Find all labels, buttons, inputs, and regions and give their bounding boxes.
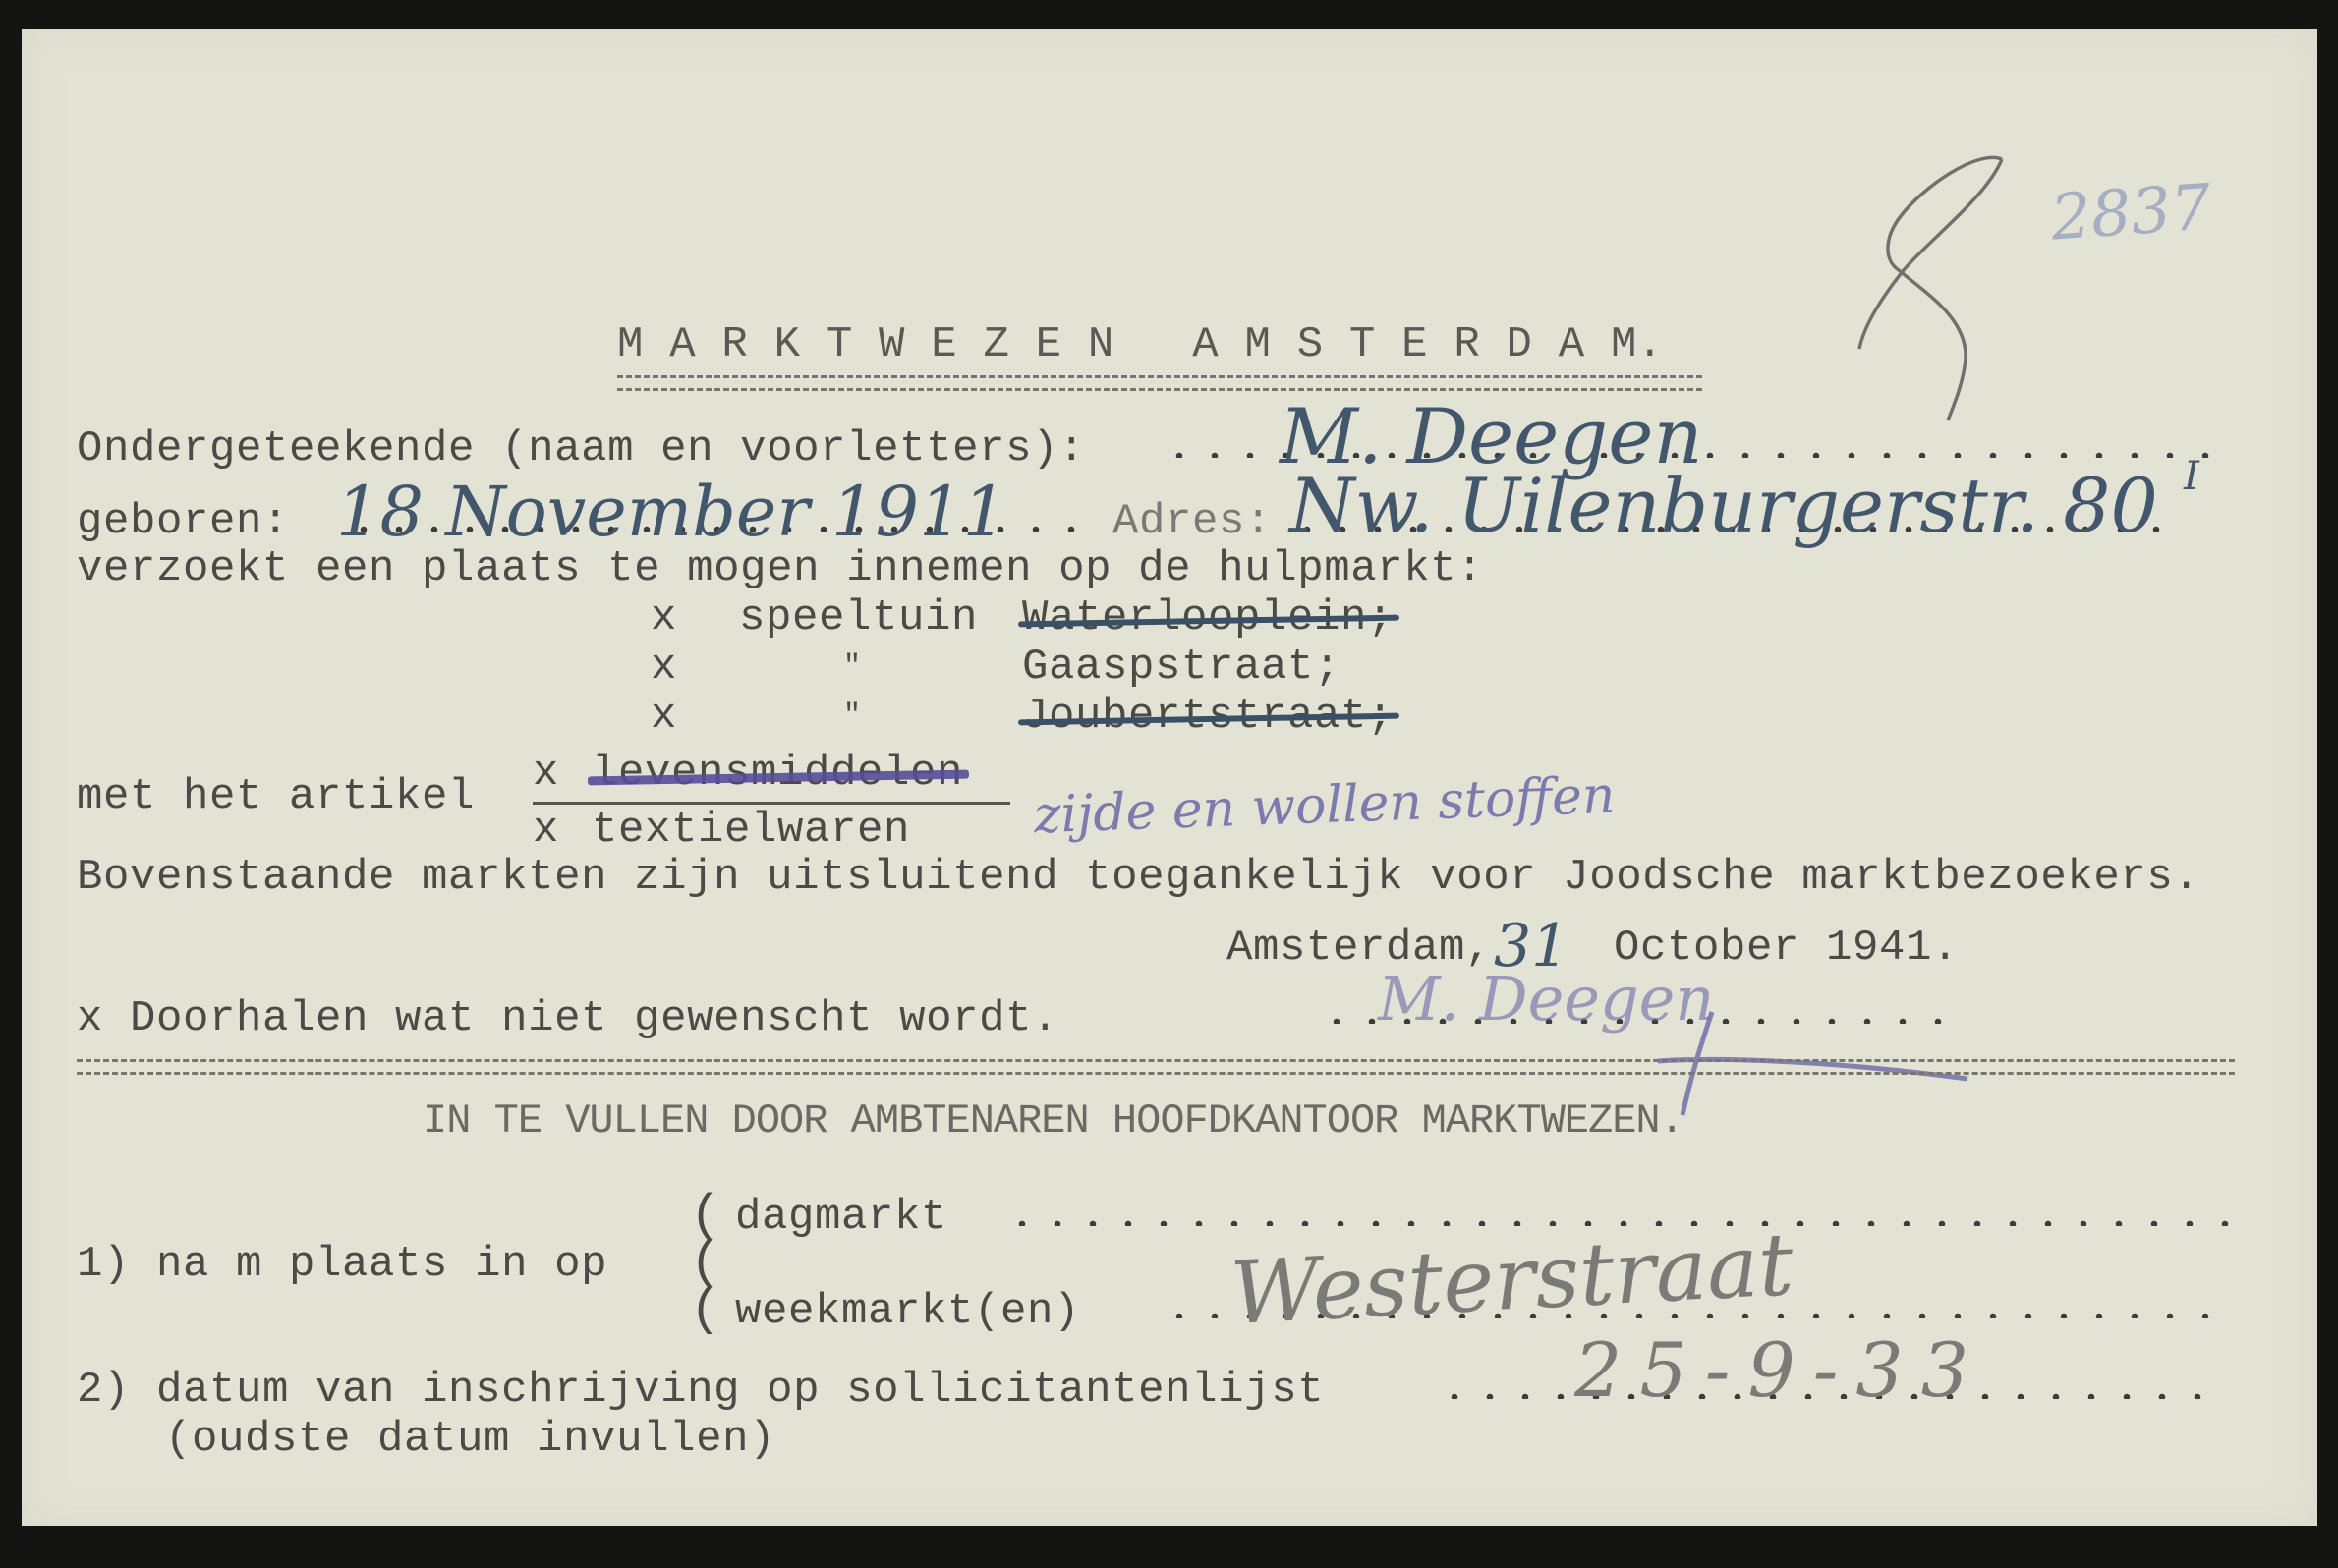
footnote-text: x Doorhalen wat niet gewenscht wordt. bbox=[77, 994, 1058, 1043]
document-card: 2837 M A R K T W E Z E N A M S T E R D A… bbox=[22, 29, 2317, 1526]
address-suffix: I bbox=[2184, 454, 2199, 499]
article-option-marker[interactable]: x bbox=[533, 806, 559, 855]
article-option-marker[interactable]: x bbox=[533, 749, 559, 798]
market-option-prefix: " bbox=[843, 692, 862, 741]
article-label: met het artikel bbox=[77, 772, 475, 821]
bracket-bottom: ( bbox=[690, 1281, 720, 1339]
market-option-joubertstraat: Joubertstraat; bbox=[1022, 692, 1394, 741]
article-option-levensmiddelen: levensmiddelen bbox=[592, 749, 963, 798]
request-text: verzoekt een plaats te mogen innemen op … bbox=[77, 544, 1483, 593]
article-option-textielwaren: textielwaren bbox=[592, 806, 910, 855]
item2-value[interactable]: 25-9-33 bbox=[1574, 1326, 1986, 1414]
item2-label: 2) datum van inschrijving op sollicitant… bbox=[77, 1366, 1324, 1415]
title-double-underline bbox=[617, 375, 1702, 391]
page-title: M A R K T W E Z E N A M S T E R D A M. bbox=[617, 320, 1663, 369]
reference-number: 2837 bbox=[2049, 171, 2214, 254]
office-section-heading: IN TE VULLEN DOOR AMBTENAREN HOOFDKANTOO… bbox=[423, 1096, 1683, 1146]
born-label: geboren: bbox=[77, 497, 289, 546]
market-option-prefix: " bbox=[843, 643, 862, 692]
item1-option-weekmarkt: weekmarkt(en) bbox=[735, 1287, 1080, 1336]
large-handwritten-8-icon bbox=[1830, 147, 2026, 422]
notice-text: Bovenstaande markten zijn uitsluitend to… bbox=[77, 853, 2199, 902]
market-option-marker[interactable]: x bbox=[651, 692, 677, 741]
item1-label: 1) na m plaats in op bbox=[77, 1240, 607, 1289]
market-option-gaaspstraat: Gaaspstraat; bbox=[1022, 643, 1340, 692]
market-option-waterlooplein: Waterlooplein; bbox=[1022, 593, 1394, 643]
market-option-prefix: speeltuin bbox=[739, 593, 978, 643]
item1-value[interactable]: Westerstraat bbox=[1228, 1213, 1796, 1344]
article-divider bbox=[533, 802, 1010, 805]
market-option-marker[interactable]: x bbox=[651, 643, 677, 692]
market-option-marker[interactable]: x bbox=[651, 593, 677, 643]
address-label: Adres: bbox=[1112, 497, 1272, 546]
item1-option-dagmarkt: dagmarkt bbox=[735, 1193, 947, 1242]
article-handwritten-note[interactable]: zijde en wollen stoffen bbox=[1033, 766, 1616, 846]
item2-sublabel: (oudste datum invullen) bbox=[165, 1415, 775, 1464]
section-separator bbox=[77, 1059, 2235, 1075]
born-value[interactable]: 18 November 1911 bbox=[336, 472, 1006, 552]
address-value[interactable]: Nw. Uilenburgerstr. 80 bbox=[1289, 462, 2158, 549]
name-label: Ondergeteekende (naam en voorletters): bbox=[77, 424, 1085, 474]
